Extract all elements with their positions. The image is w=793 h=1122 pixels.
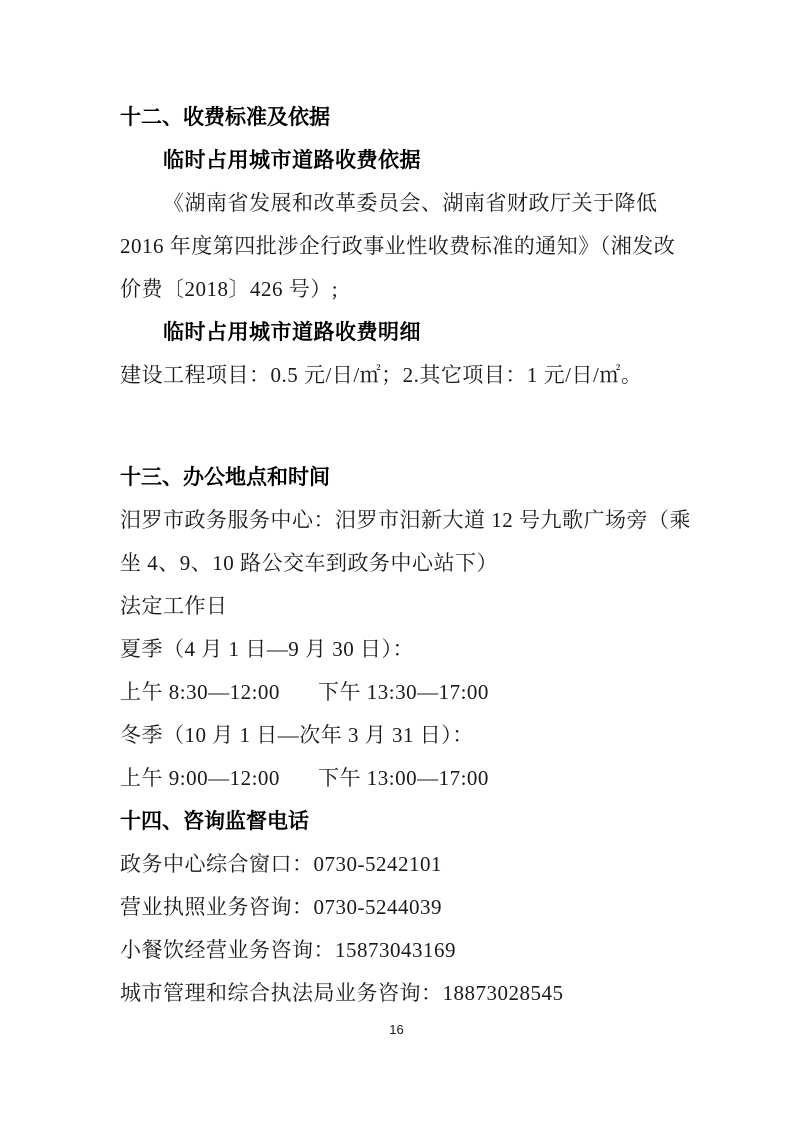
s13-summer-am: 上午 8:30—12:00 — [120, 671, 318, 714]
s13-workdays: 法定工作日 — [120, 585, 675, 628]
document-page: 十二、收费标准及依据 临时占用城市道路收费依据 《湖南省发展和改革委员会、湖南省… — [0, 0, 793, 1122]
s14-phone-line-1: 政务中心综合窗口：0730-5242101 — [120, 843, 675, 886]
s13-summer-hours: 上午 8:30—12:00下午 13:30—17:00 — [120, 671, 675, 714]
s12-basis-subheading: 临时占用城市道路收费依据 — [120, 139, 675, 182]
s12-basis-line-2: 2016 年度第四批涉企行政事业性收费标准的通知》（湘发改 — [120, 225, 675, 268]
s13-summer-label: 夏季（4 月 1 日—9 月 30 日）： — [120, 628, 675, 671]
s12-detail-line: 建设工程项目：0.5 元/日/㎡；2.其它项目：1 元/日/㎡。 — [120, 354, 675, 397]
s14-phone-line-4: 城市管理和综合执法局业务咨询：18873028545 — [120, 972, 675, 1015]
s12-basis-line-1: 《湖南省发展和改革委员会、湖南省财政厅关于降低 — [120, 182, 675, 225]
document-content: 十二、收费标准及依据 临时占用城市道路收费依据 《湖南省发展和改革委员会、湖南省… — [0, 0, 793, 1015]
section-12-heading: 十二、收费标准及依据 — [120, 96, 675, 139]
s13-summer-pm: 下午 13:30—17:00 — [318, 680, 489, 704]
s13-winter-pm: 下午 13:00—17:00 — [318, 766, 489, 790]
section-gap — [120, 397, 675, 456]
s14-phone-line-3: 小餐饮经营业务咨询：15873043169 — [120, 929, 675, 972]
s13-winter-am: 上午 9:00—12:00 — [120, 757, 318, 800]
s13-winter-label: 冬季（10 月 1 日—次年 3 月 31 日）： — [120, 714, 675, 757]
s12-detail-subheading: 临时占用城市道路收费明细 — [120, 311, 675, 354]
s13-address-line-2: 坐 4、9、10 路公交车到政务中心站下） — [120, 542, 675, 585]
s12-basis-line-3: 价费〔2018〕426 号）; — [120, 268, 675, 311]
s13-address-line-1: 汨罗市政务服务中心：汨罗市汨新大道 12 号九歌广场旁（乘 — [120, 499, 675, 542]
s13-winter-hours: 上午 9:00—12:00下午 13:00—17:00 — [120, 757, 675, 800]
section-14-heading: 十四、咨询监督电话 — [120, 800, 675, 843]
s14-phone-line-2: 营业执照业务咨询：0730-5244039 — [120, 886, 675, 929]
page-number: 16 — [0, 1022, 793, 1038]
section-13-heading: 十三、办公地点和时间 — [120, 456, 675, 499]
